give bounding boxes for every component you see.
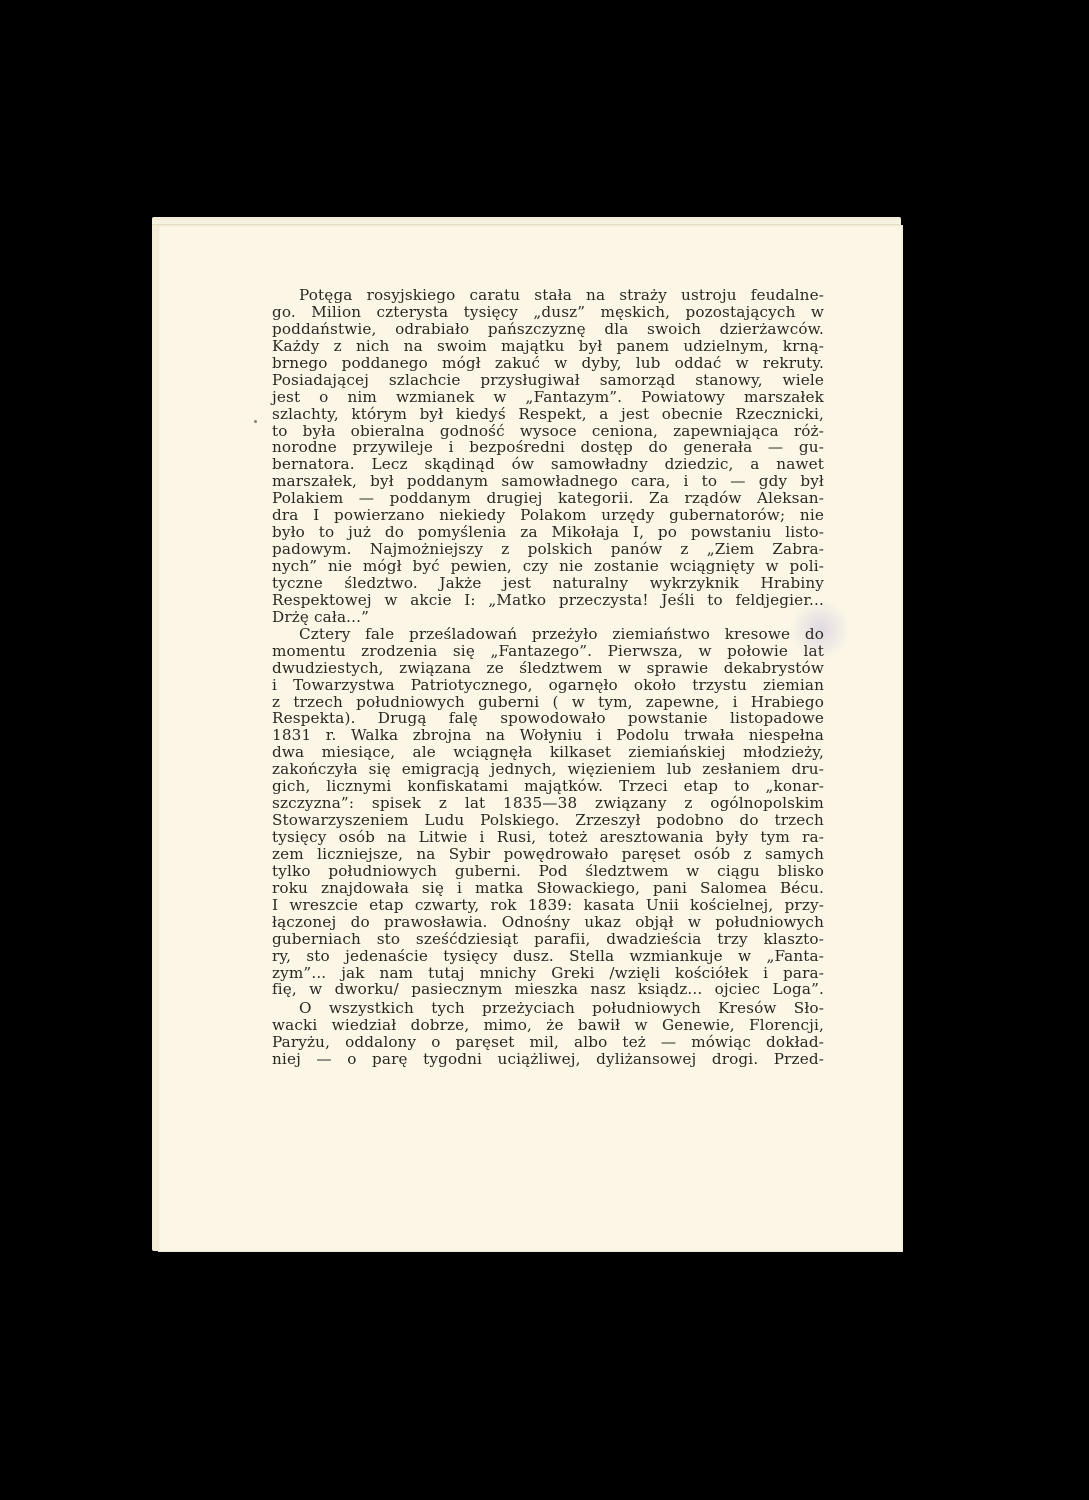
- text-line: fię, w dworku/ pasiecznym mieszka nasz k…: [272, 981, 824, 998]
- text-line: szczyzna”: spisek z lat 1835—38 związany…: [272, 795, 824, 812]
- text-line: Polakiem — poddanym drugiej kategorii. Z…: [272, 490, 824, 507]
- text-line: Respekta). Drugą falę spowodowało powsta…: [272, 710, 824, 727]
- text-line: nych” nie mógł być pewien, czy nie zosta…: [272, 558, 824, 575]
- text-line: bernatora. Lecz skądinąd ów samowładny d…: [272, 456, 824, 473]
- text-line: tysięcy osób na Litwie i Rusi, toteż are…: [272, 829, 824, 846]
- body-text: Potęga rosyjskiego caratu stała na straż…: [272, 287, 824, 1068]
- text-line: I wreszcie etap czwarty, rok 1839: kasat…: [272, 897, 824, 914]
- text-line: norodne przywileje i bezpośredni dostęp …: [272, 439, 824, 456]
- text-line: było to już do pomyślenia za Mikołaja I,…: [272, 524, 824, 541]
- text-line: tyczne śledztwo. Jakże jest naturalny wy…: [272, 575, 824, 592]
- text-line: jest o nim wzmianek w „Fantazym”. Powiat…: [272, 389, 824, 406]
- text-line: 1831 r. Walka zbrojna na Wołyniu i Podol…: [272, 727, 824, 744]
- text-line: wacki wiedział dobrze, mimo, że bawił w …: [272, 1017, 824, 1034]
- text-line: zakończyła się emigracją jednych, więzie…: [272, 761, 824, 778]
- text-line: niej — o parę tygodni uciążliwej, dyliża…: [272, 1051, 824, 1068]
- paragraph-2: Cztery fale prześladowań przeżyło ziemia…: [272, 626, 824, 999]
- text-line: zem liczniejsze, na Sybir powędrowało pa…: [272, 846, 824, 863]
- text-line: dwudziestych, związana ze śledztwem w sp…: [272, 660, 824, 677]
- text-line: go. Milion czterysta tysięcy „dusz” męsk…: [272, 304, 824, 321]
- text-line: Drżę cała...”: [272, 609, 824, 626]
- text-line: guberniach sto sześćdziesiąt parafii, dw…: [272, 931, 824, 948]
- text-line: padowym. Najmożniejszy z polskich panów …: [272, 541, 824, 558]
- text-line: Paryżu, oddalony o paręset mil, albo też…: [272, 1034, 824, 1051]
- paragraph-1: Potęga rosyjskiego caratu stała na straż…: [272, 287, 824, 626]
- text-line: Cztery fale prześladowań przeżyło ziemia…: [272, 626, 824, 643]
- text-line: O wszystkich tych przeżyciach południowy…: [272, 1000, 824, 1017]
- text-line: i Towarzystwa Patriotycznego, ogarnęło o…: [272, 677, 824, 694]
- text-line: Posiadającej szlachcie przysługiwał samo…: [272, 372, 824, 389]
- text-line: ry, sto jedenaście tysięcy dusz. Stella …: [272, 948, 824, 965]
- text-line: dra I powierzano niekiedy Polakom urzędy…: [272, 507, 824, 524]
- text-line: Potęga rosyjskiego caratu stała na straż…: [272, 287, 824, 304]
- text-line: momentu zrodzenia się „Fantazego”. Pierw…: [272, 643, 824, 660]
- text-line: Respektowej w akcie I: „Matko przeczysta…: [272, 592, 824, 609]
- text-line: marszałek, był poddanym samowładnego car…: [272, 473, 824, 490]
- text-line: roku znajdowała się i matka Słowackiego,…: [272, 880, 824, 897]
- text-line: łączonej do prawosławia. Odnośny ukaz ob…: [272, 914, 824, 931]
- text-line: gich, licznymi konfiskatami majątków. Tr…: [272, 778, 824, 795]
- text-line: dwa miesiące, ale wciągnęła kilkaset zie…: [272, 744, 824, 761]
- text-line: Każdy z nich na swoim majątku był panem …: [272, 338, 824, 355]
- text-line: poddaństwie, odrabiało pańszczyznę dla s…: [272, 321, 824, 338]
- text-line: z trzech południowych guberni ( w tym, z…: [272, 694, 824, 711]
- text-line: to była obieralna godność wysoce ceniona…: [272, 423, 824, 440]
- text-line: Stowarzyszeniem Ludu Polskiego. Zrzeszył…: [272, 812, 824, 829]
- text-line: tylko południowych guberni. Pod śledztwe…: [272, 863, 824, 880]
- paper-speck: [254, 420, 257, 423]
- text-line: szlachty, którym był kiedyś Respekt, a j…: [272, 406, 824, 423]
- text-line: brnego poddanego mógł zakuć w dyby, lub …: [272, 355, 824, 372]
- text-line: zym”... jak nam tutaj mnichy Greki /wzię…: [272, 965, 824, 982]
- paragraph-3: O wszystkich tych przeżyciach południowy…: [272, 1000, 824, 1068]
